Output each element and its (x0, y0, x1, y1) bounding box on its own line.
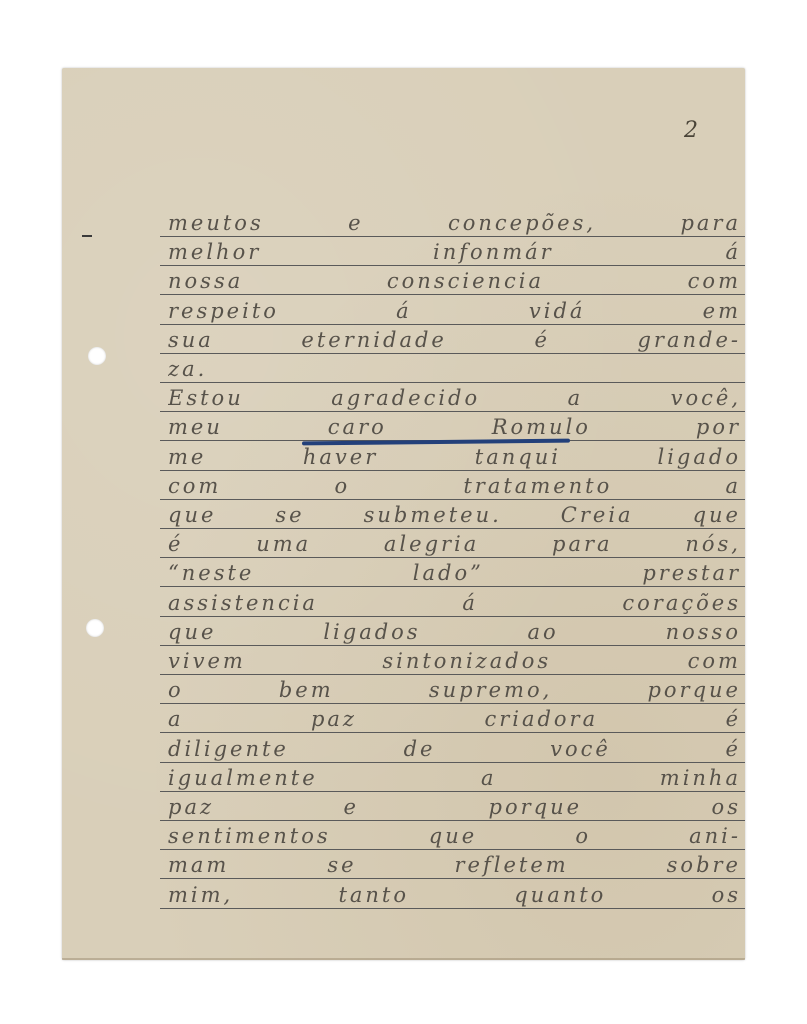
handwritten-word: é (534, 328, 549, 352)
handwritten-word: a (725, 474, 741, 498)
handwritten-word: corações (622, 591, 741, 615)
handwritten-word: ao (528, 620, 559, 644)
handwritten-word: o (168, 678, 184, 702)
text-line: igualmenteaminha (160, 765, 745, 792)
page-number: 2 (684, 118, 698, 143)
text-line: diligentedevocêé (160, 736, 745, 763)
text-line: meutoseconcepões,para (160, 210, 745, 237)
handwritten-word: diligente (168, 737, 289, 761)
handwritten-word: vivem (168, 649, 246, 673)
handwritten-word: você, (671, 386, 741, 410)
text-line: “nestelado”prestar (160, 560, 745, 587)
handwritten-word: mim, (168, 883, 233, 907)
handwritten-word: os (712, 883, 741, 907)
text-line: nossaconscienciacom (160, 268, 745, 295)
handwritten-word: lado” (413, 561, 484, 585)
text-line: mamserefletemsobre (160, 852, 745, 879)
handwritten-word: meu (168, 415, 223, 439)
line-text: diligentedevocêé (168, 737, 741, 761)
text-line: melhorinfonmárá (160, 239, 745, 266)
margin-mark (82, 235, 92, 237)
handwritten-word: com (688, 269, 741, 293)
handwritten-word: tanto (338, 883, 409, 907)
handwritten-word: é (726, 707, 741, 731)
line-text: queligadosaonosso (168, 620, 741, 644)
handwritten-word: bem (279, 678, 334, 702)
handwritten-word: á (396, 299, 412, 323)
line-text: “nestelado”prestar (168, 561, 741, 585)
line-text: Estouagradecidoavocê, (168, 386, 741, 410)
handwritten-page: 2 meutoseconcepões,paramelhorinfonmáráno… (62, 68, 745, 960)
handwritten-word: nossa (168, 269, 243, 293)
handwritten-word: se (275, 503, 304, 527)
text-line: obemsupremo,porque (160, 677, 745, 704)
text-line: mehavertanquiligado (160, 444, 745, 471)
text-line: za. (160, 356, 745, 383)
text-line: quesesubmeteu.Creiaque (160, 502, 745, 529)
handwritten-word: á (725, 240, 741, 264)
handwritten-word: você (550, 737, 611, 761)
handwritten-word: é (168, 532, 183, 556)
line-text: igualmenteaminha (168, 766, 741, 790)
handwritten-word: criadora (484, 707, 598, 731)
line-text: respeitoávidáem (168, 299, 741, 323)
line-text: melhorinfonmárá (168, 240, 741, 264)
text-line: pazeporqueos (160, 794, 745, 821)
text-line: sentimentosqueoani- (160, 823, 745, 850)
handwritten-word: igualmente (168, 766, 318, 790)
handwritten-word: nós, (685, 532, 741, 556)
punch-hole-top (88, 347, 106, 365)
handwritten-word: melhor (168, 240, 261, 264)
handwritten-word: supremo, (429, 678, 552, 702)
text-line: apazcriadoraé (160, 706, 745, 733)
handwritten-word: e (344, 795, 359, 819)
handwritten-word: para (552, 532, 613, 556)
handwritten-word: respeito (168, 299, 279, 323)
handwritten-word: que (168, 503, 216, 527)
handwritten-word: “neste (168, 561, 254, 585)
line-text: suaeternidadeégrande- (168, 328, 741, 352)
handwritten-word: paz (168, 795, 214, 819)
handwritten-word: concepões, (448, 211, 596, 235)
handwritten-word: eternidade (301, 328, 446, 352)
handwritten-word: prestar (642, 561, 741, 585)
handwritten-word: e (348, 211, 363, 235)
handwritten-word: com (688, 649, 741, 673)
text-line: éumaalegriaparanós, (160, 531, 745, 558)
text-line: assistenciaácorações (160, 590, 745, 617)
handwritten-word: sobre (667, 853, 741, 877)
handwritten-word: agradecido (331, 386, 480, 410)
handwritten-word: á (462, 591, 478, 615)
line-text: assistenciaácorações (168, 591, 741, 615)
line-text: meucaroRomulopor (168, 415, 741, 439)
handwritten-word: sintonizados (382, 649, 551, 673)
handwritten-word: que (693, 503, 741, 527)
handwritten-word: que (168, 620, 216, 644)
text-line: Estouagradecidoavocê, (160, 385, 745, 412)
handwritten-word: haver (303, 445, 378, 469)
punch-hole-bottom (86, 619, 104, 637)
handwritten-word: com (168, 474, 221, 498)
handwritten-word: Estou (168, 386, 244, 410)
handwritten-word: porque (489, 795, 583, 819)
handwritten-word: consciencia (387, 269, 544, 293)
handwritten-word: submeteu. (364, 503, 502, 527)
handwritten-word: uma (256, 532, 311, 556)
handwritten-word: por (696, 415, 741, 439)
handwritten-word: o (575, 824, 591, 848)
handwritten-word: em (703, 299, 741, 323)
text-line: meucaroRomulopor (160, 414, 745, 441)
handwritten-word: Romulo (492, 415, 591, 439)
handwritten-word: refletem (455, 853, 569, 877)
handwritten-word: de (404, 737, 436, 761)
handwritten-word: sua (168, 328, 214, 352)
paper-edge (62, 958, 745, 960)
line-text: apazcriadoraé (168, 707, 741, 731)
handwritten-word: a (568, 386, 584, 410)
line-text: sentimentosqueoani- (168, 824, 741, 848)
handwritten-word: sentimentos (168, 824, 331, 848)
line-text: za. (168, 357, 741, 381)
handwritten-word: a (168, 707, 184, 731)
handwritten-word: quanto (514, 883, 606, 907)
line-text: nossaconscienciacom (168, 269, 741, 293)
handwritten-word: é (726, 737, 741, 761)
handwritten-word: minha (660, 766, 741, 790)
line-text: mehavertanquiligado (168, 445, 741, 469)
handwritten-word: grande- (637, 328, 741, 352)
text-line: respeitoávidáem (160, 298, 745, 325)
handwritten-word: me (168, 445, 206, 469)
handwritten-word: mam (168, 853, 229, 877)
line-text: vivemsintonizadoscom (168, 649, 741, 673)
handwritten-word: meutos (168, 211, 264, 235)
line-text: comotratamentoa (168, 474, 741, 498)
text-line: mim,tantoquantoos (160, 882, 745, 909)
handwritten-word: Creia (561, 503, 634, 527)
handwritten-word: alegria (384, 532, 479, 556)
handwritten-word: ani- (689, 824, 741, 848)
handwritten-word: nosso (666, 620, 741, 644)
handwritten-word: vidá (529, 299, 586, 323)
handwritten-word: se (327, 853, 356, 877)
line-text: mim,tantoquantoos (168, 883, 741, 907)
line-text: mamserefletemsobre (168, 853, 741, 877)
handwritten-word: o (335, 474, 351, 498)
handwritten-word: a (481, 766, 497, 790)
text-line: comotratamentoa (160, 473, 745, 500)
handwritten-word: para (680, 211, 741, 235)
handwritten-word: assistencia (168, 591, 318, 615)
handwritten-word: ligados (323, 620, 420, 644)
line-text: obemsupremo,porque (168, 678, 741, 702)
text-line: queligadosaonosso (160, 619, 745, 646)
handwritten-word: paz (311, 707, 357, 731)
handwritten-word: tanqui (475, 445, 561, 469)
handwritten-word: ligado (657, 445, 740, 469)
handwritten-word: za. (168, 357, 207, 381)
line-text: quesesubmeteu.Creiaque (168, 503, 741, 527)
handwritten-word: infonmár (433, 240, 554, 264)
handwritten-word: tratamento (463, 474, 612, 498)
handwritten-word: caro (328, 415, 387, 439)
line-text: pazeporqueos (168, 795, 741, 819)
handwritten-word: porque (647, 678, 741, 702)
line-text: meutoseconcepões,para (168, 211, 741, 235)
text-line: vivemsintonizadoscom (160, 648, 745, 675)
text-line: suaeternidadeégrande- (160, 327, 745, 354)
handwritten-word: que (429, 824, 477, 848)
line-text: éumaalegriaparanós, (168, 532, 741, 556)
handwritten-word: os (712, 795, 741, 819)
